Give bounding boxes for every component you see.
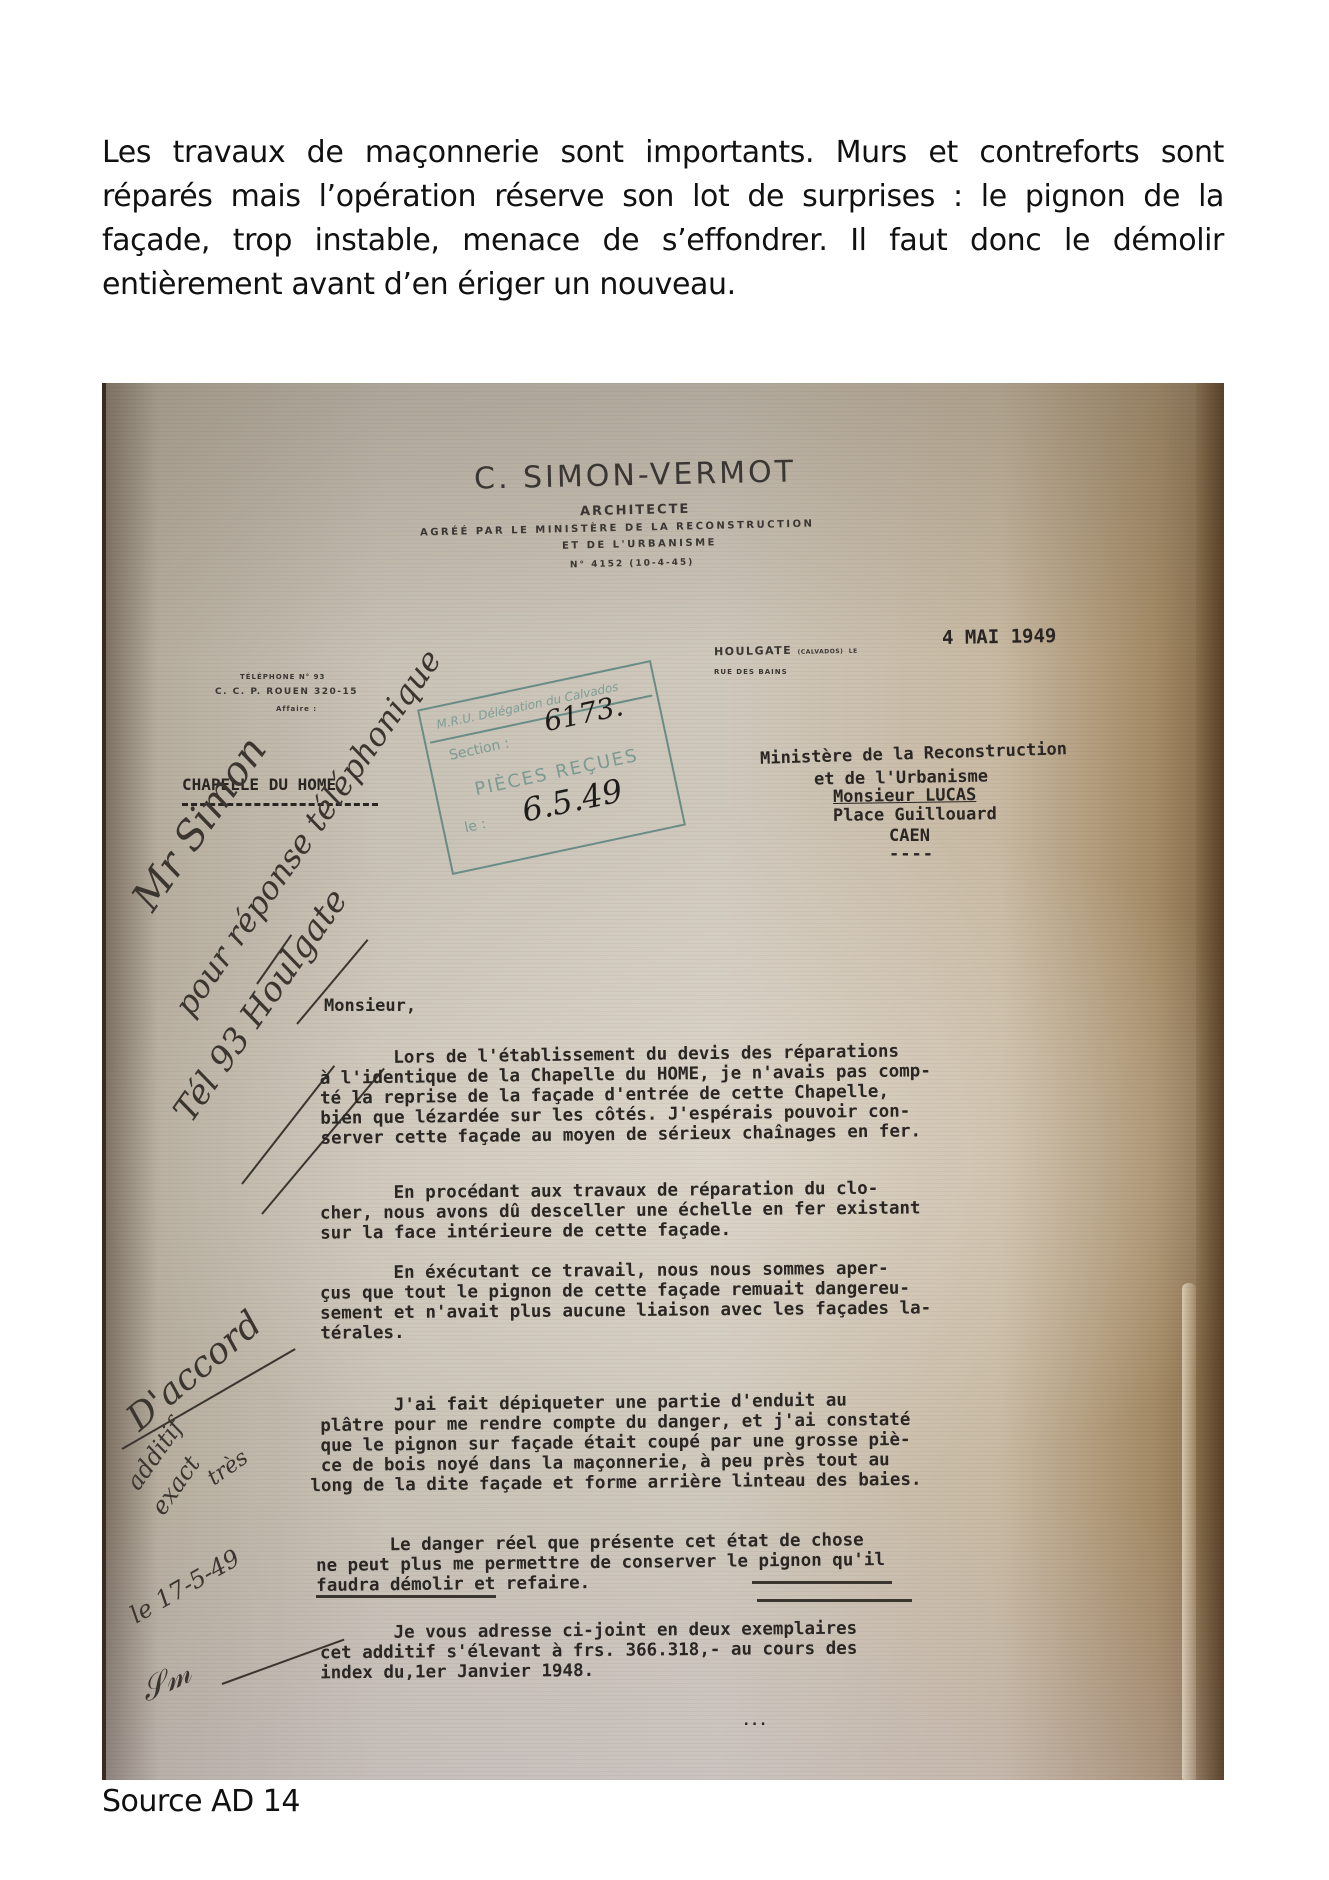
letterhead-number: N° 4152 (10-4-45) xyxy=(570,558,695,571)
place-name: HOULGATE xyxy=(714,644,792,658)
letterhead-accreditation: AGRÉÉ PAR LE MINISTÈRE DE LA RECONSTRUCT… xyxy=(420,519,815,539)
street-line: RUE DES BAINS xyxy=(714,668,788,676)
ccp-line: C. C. P. ROUEN 320-15 xyxy=(215,687,358,697)
place-le: LE xyxy=(849,648,858,655)
recipient-line: Place Guillouard xyxy=(833,803,997,827)
handwritten-approval: D'accord xyxy=(119,1303,270,1439)
source-caption: Source AD 14 xyxy=(102,1784,300,1819)
handwritten-underline xyxy=(757,1599,912,1602)
photo-right-edge xyxy=(1196,383,1224,1780)
signature-icon: 𝒮𝓂 xyxy=(134,1653,198,1710)
handwritten-note: très xyxy=(203,1445,253,1491)
archival-letter-photo: C. SIMON-VERMOT ARCHITECTE AGRÉÉ PAR LE … xyxy=(102,383,1224,1780)
continuation-mark: ... xyxy=(742,1713,767,1729)
handwritten-date: le 17-5-49 xyxy=(125,1544,245,1629)
place-line: HOULGATE (CALVADOS) LE xyxy=(714,643,858,659)
handwritten-underline xyxy=(752,1581,892,1584)
affaire-label: Affaire : xyxy=(276,705,317,713)
intro-line: Les travaux de maçonnerie sont important… xyxy=(102,131,1224,175)
letterhead-name: C. SIMON-VERMOT xyxy=(474,454,797,496)
salutation: Monsieur, xyxy=(324,996,416,1016)
letterhead-accreditation-2: ET DE L'URBANISME xyxy=(562,537,717,552)
intro-line: façade, trop instable, menace de s’effon… xyxy=(102,219,1224,263)
handwritten-underline xyxy=(316,1595,496,1598)
stamp-date-label: le : xyxy=(463,816,488,836)
photo-left-edge xyxy=(102,383,106,1780)
letter-paragraph: Lors de l'établissement du devis des rép… xyxy=(319,1041,931,1148)
letterhead-title: ARCHITECTE xyxy=(580,502,691,520)
stamp-section-label: Section : xyxy=(448,735,511,763)
letter-paragraph: Le danger réel que présente cet état de … xyxy=(316,1530,886,1596)
received-stamp: M.R.U. Délégation du Calvados Section : … xyxy=(417,660,686,875)
recipient-line: ---- xyxy=(889,843,934,865)
letter-paragraph: En procédant aux travaux de réparation d… xyxy=(320,1178,921,1243)
letter-paragraph: Je vous adresse ci-joint en deux exempla… xyxy=(320,1619,858,1684)
letter-paragraph: En éxécutant ce travail, nous nous somme… xyxy=(320,1258,932,1343)
telephone-line: TÉLÉPHONE N° 93 xyxy=(240,673,325,681)
letter-paragraph: J'ai fait dépiqueter une partie d'enduit… xyxy=(309,1390,921,1496)
paper-fold xyxy=(1182,1283,1196,1780)
recipient-line: Ministère de la Reconstruction xyxy=(760,738,1068,770)
intro-paragraph: Les travaux de maçonnerie sont important… xyxy=(102,131,1224,307)
place-region: (CALVADOS) xyxy=(798,648,844,656)
intro-line: réparés mais l’opération réserve son lot… xyxy=(102,175,1224,219)
intro-line: entièrement avant d’en ériger un nouveau… xyxy=(102,263,1224,307)
letter-date: 4 MAI 1949 xyxy=(942,625,1057,649)
